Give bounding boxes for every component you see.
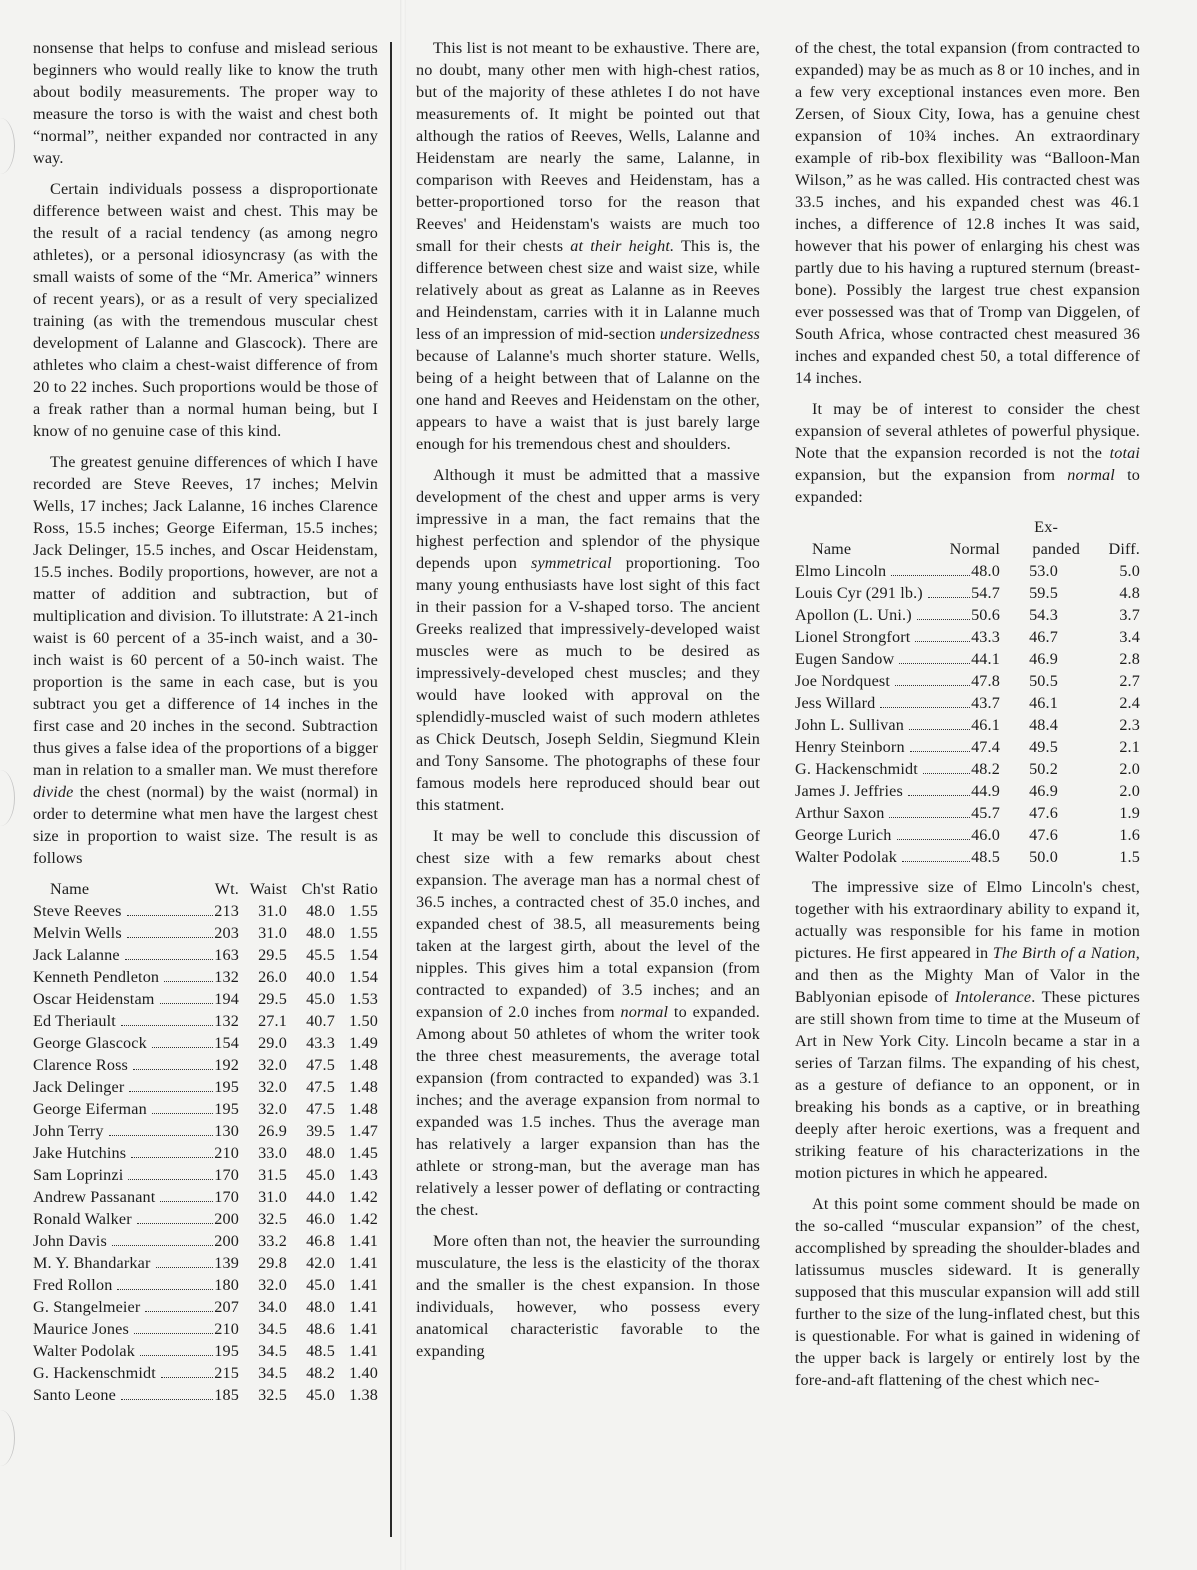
dot-leader bbox=[109, 1135, 214, 1136]
waist-value: 33.0 bbox=[239, 1142, 287, 1164]
chest-value: 45.0 bbox=[287, 1384, 335, 1406]
waist-value: 29.0 bbox=[239, 1032, 287, 1054]
athlete-name-cell: George Lurich46.0 bbox=[795, 824, 1000, 846]
chest-value: 47.5 bbox=[287, 1054, 335, 1076]
chest-value: 48.0 bbox=[287, 1142, 335, 1164]
weight-value: 194 bbox=[214, 988, 239, 1010]
waist-value: 33.2 bbox=[239, 1230, 287, 1252]
ratio-value: 1.41 bbox=[335, 1274, 378, 1296]
ratio-value: 1.50 bbox=[335, 1010, 378, 1032]
waist-value: 29.8 bbox=[239, 1252, 287, 1274]
athlete-name-cell: Sam Loprinzi170 bbox=[33, 1164, 239, 1186]
ratio-value: 1.48 bbox=[335, 1076, 378, 1098]
athlete-name-cell: G. Stangelmeier207 bbox=[33, 1296, 239, 1318]
table-row: Jack Lalanne16329.545.51.54 bbox=[33, 944, 378, 966]
paragraph: nonsense that helps to confuse and misle… bbox=[33, 37, 378, 169]
athlete-name-cell: Jack Lalanne163 bbox=[33, 944, 239, 966]
expanded-chest-value: 49.5 bbox=[1000, 736, 1080, 758]
table-row: Arthur Saxon45.747.61.9 bbox=[795, 802, 1140, 824]
athlete-name-cell: Arthur Saxon45.7 bbox=[795, 802, 1000, 824]
difference-value: 2.0 bbox=[1080, 780, 1140, 802]
normal-chest-value: 44.1 bbox=[971, 648, 1000, 670]
table-row: Sam Loprinzi17031.545.01.43 bbox=[33, 1164, 378, 1186]
paragraph: of the chest, the total expansion (from … bbox=[795, 37, 1140, 389]
difference-value: 1.6 bbox=[1080, 824, 1140, 846]
expanded-chest-value: 47.6 bbox=[1000, 824, 1080, 846]
chest-value: 39.5 bbox=[287, 1120, 335, 1142]
table-row: James J. Jeffries44.946.92.0 bbox=[795, 780, 1140, 802]
ratio-value: 1.45 bbox=[335, 1142, 378, 1164]
table-row: Henry Steinborn47.449.52.1 bbox=[795, 736, 1140, 758]
normal-chest-value: 50.6 bbox=[971, 604, 1000, 626]
dot-leader bbox=[128, 1179, 213, 1180]
waist-value: 34.5 bbox=[239, 1340, 287, 1362]
table-row: John Terry13026.939.51.47 bbox=[33, 1120, 378, 1142]
column-header: Name Normal bbox=[795, 538, 1000, 560]
dot-leader bbox=[917, 619, 970, 620]
table-row: Louis Cyr (291 lb.)54.759.54.8 bbox=[795, 582, 1140, 604]
table-row: Jack Delinger19532.047.51.48 bbox=[33, 1076, 378, 1098]
dot-leader bbox=[140, 1355, 213, 1356]
athlete-name-cell: James J. Jeffries44.9 bbox=[795, 780, 1000, 802]
ratio-value: 1.49 bbox=[335, 1032, 378, 1054]
punch-hole-mark bbox=[0, 770, 15, 826]
chest-value: 42.0 bbox=[287, 1252, 335, 1274]
athlete-name-cell: Apollon (L. Uni.)50.6 bbox=[795, 604, 1000, 626]
table-row: G. Stangelmeier20734.048.01.41 bbox=[33, 1296, 378, 1318]
chest-waist-ratio-table: Name Wt. Waist Ch'st Ratio Steve Reeves2… bbox=[33, 878, 378, 1406]
athlete-name-cell: Kenneth Pendleton132 bbox=[33, 966, 239, 988]
dot-leader bbox=[121, 1399, 213, 1400]
column-header: Name Wt. bbox=[33, 878, 239, 900]
waist-value: 31.0 bbox=[239, 900, 287, 922]
column-header: Ratio bbox=[335, 878, 378, 900]
weight-value: 154 bbox=[214, 1032, 239, 1054]
chest-value: 48.0 bbox=[287, 1296, 335, 1318]
weight-value: 132 bbox=[214, 966, 239, 988]
weight-value: 210 bbox=[214, 1142, 239, 1164]
chest-value: 47.5 bbox=[287, 1098, 335, 1120]
waist-value: 31.0 bbox=[239, 922, 287, 944]
ratio-value: 1.41 bbox=[335, 1230, 378, 1252]
table-row: Ed Theriault13227.140.71.50 bbox=[33, 1010, 378, 1032]
weight-value: 213 bbox=[214, 900, 239, 922]
normal-chest-value: 48.0 bbox=[971, 560, 1000, 582]
difference-value: 1.9 bbox=[1080, 802, 1140, 824]
table-row: Ronald Walker20032.546.01.42 bbox=[33, 1208, 378, 1230]
ratio-value: 1.42 bbox=[335, 1208, 378, 1230]
column-header: Ch'st bbox=[287, 878, 335, 900]
paragraph: Certain individuals possess a disproport… bbox=[33, 178, 378, 442]
weight-value: 210 bbox=[214, 1318, 239, 1340]
dot-leader bbox=[908, 795, 970, 796]
waist-value: 32.0 bbox=[239, 1076, 287, 1098]
difference-value: 2.8 bbox=[1080, 648, 1140, 670]
chest-value: 43.3 bbox=[287, 1032, 335, 1054]
expanded-chest-value: 46.7 bbox=[1000, 626, 1080, 648]
chest-value: 47.5 bbox=[287, 1076, 335, 1098]
athlete-name-cell: Elmo Lincoln48.0 bbox=[795, 560, 1000, 582]
athlete-name-cell: M. Y. Bhandarkar139 bbox=[33, 1252, 239, 1274]
table-row: Apollon (L. Uni.)50.654.33.7 bbox=[795, 604, 1140, 626]
athlete-name-cell: G. Hackenschmidt215 bbox=[33, 1362, 239, 1384]
normal-chest-value: 47.8 bbox=[971, 670, 1000, 692]
table-row: Maurice Jones21034.548.61.41 bbox=[33, 1318, 378, 1340]
ratio-value: 1.54 bbox=[335, 966, 378, 988]
dot-leader bbox=[928, 597, 970, 598]
dot-leader bbox=[134, 1333, 213, 1334]
paragraph: It may be of interest to consider the ch… bbox=[795, 398, 1140, 508]
chest-value: 44.0 bbox=[287, 1186, 335, 1208]
waist-value: 26.9 bbox=[239, 1120, 287, 1142]
ratio-value: 1.42 bbox=[335, 1186, 378, 1208]
ratio-value: 1.53 bbox=[335, 988, 378, 1010]
athlete-name-cell: Steve Reeves213 bbox=[33, 900, 239, 922]
table-row: Andrew Passanant17031.044.01.42 bbox=[33, 1186, 378, 1208]
paragraph: This list is not meant to be exhaustive.… bbox=[416, 37, 760, 455]
table-row: George Lurich46.047.61.6 bbox=[795, 824, 1140, 846]
chest-value: 46.0 bbox=[287, 1208, 335, 1230]
waist-value: 34.0 bbox=[239, 1296, 287, 1318]
left-column: nonsense that helps to confuse and misle… bbox=[33, 37, 378, 1406]
table-row: John Davis20033.246.81.41 bbox=[33, 1230, 378, 1252]
dot-leader bbox=[895, 685, 970, 686]
waist-value: 32.5 bbox=[239, 1384, 287, 1406]
page-fold bbox=[400, 0, 406, 1570]
athlete-name-cell: Louis Cyr (291 lb.)54.7 bbox=[795, 582, 1000, 604]
waist-value: 34.5 bbox=[239, 1318, 287, 1340]
normal-chest-value: 46.0 bbox=[971, 824, 1000, 846]
athlete-name-cell: Jack Delinger195 bbox=[33, 1076, 239, 1098]
middle-column: This list is not meant to be exhaustive.… bbox=[416, 37, 760, 1371]
dot-leader bbox=[112, 1245, 213, 1246]
table-row: Oscar Heidenstam19429.545.01.53 bbox=[33, 988, 378, 1010]
dot-leader bbox=[127, 915, 214, 916]
dot-leader bbox=[161, 1377, 213, 1378]
expanded-chest-value: 46.9 bbox=[1000, 648, 1080, 670]
difference-value: 5.0 bbox=[1080, 560, 1140, 582]
waist-value: 31.5 bbox=[239, 1164, 287, 1186]
dot-leader bbox=[889, 817, 970, 818]
chest-value: 46.8 bbox=[287, 1230, 335, 1252]
table-row: Elmo Lincoln48.053.05.0 bbox=[795, 560, 1140, 582]
table-row: Clarence Ross19232.047.51.48 bbox=[33, 1054, 378, 1076]
table-row: Jess Willard43.746.12.4 bbox=[795, 692, 1140, 714]
chest-value: 48.0 bbox=[287, 900, 335, 922]
normal-chest-value: 43.3 bbox=[971, 626, 1000, 648]
chest-value: 48.5 bbox=[287, 1340, 335, 1362]
dot-leader bbox=[125, 959, 214, 960]
ratio-value: 1.41 bbox=[335, 1252, 378, 1274]
ratio-value: 1.55 bbox=[335, 922, 378, 944]
chest-value: 48.0 bbox=[287, 922, 335, 944]
athlete-name-cell: Walter Podolak195 bbox=[33, 1340, 239, 1362]
table-header-row: Ex- bbox=[795, 516, 1140, 538]
athlete-name-cell: Jess Willard43.7 bbox=[795, 692, 1000, 714]
table-row: Walter Podolak19534.548.51.41 bbox=[33, 1340, 378, 1362]
athlete-name-cell: Fred Rollon180 bbox=[33, 1274, 239, 1296]
weight-value: 139 bbox=[214, 1252, 239, 1274]
expanded-chest-value: 59.5 bbox=[1000, 582, 1080, 604]
table-row: G. Hackenschmidt21534.548.21.40 bbox=[33, 1362, 378, 1384]
weight-value: 163 bbox=[214, 944, 239, 966]
waist-value: 31.0 bbox=[239, 1186, 287, 1208]
weight-value: 215 bbox=[214, 1362, 239, 1384]
difference-value: 2.7 bbox=[1080, 670, 1140, 692]
table-row: John L. Sullivan46.148.42.3 bbox=[795, 714, 1140, 736]
weight-value: 130 bbox=[214, 1120, 239, 1142]
waist-value: 29.5 bbox=[239, 988, 287, 1010]
athlete-name-cell: Walter Podolak48.5 bbox=[795, 846, 1000, 868]
table-row: Melvin Wells20331.048.01.55 bbox=[33, 922, 378, 944]
difference-value: 2.0 bbox=[1080, 758, 1140, 780]
chest-value: 45.0 bbox=[287, 1274, 335, 1296]
ratio-value: 1.40 bbox=[335, 1362, 378, 1384]
difference-value: 2.1 bbox=[1080, 736, 1140, 758]
weight-value: 195 bbox=[214, 1098, 239, 1120]
table-row: Joe Nordquest47.850.52.7 bbox=[795, 670, 1140, 692]
difference-value: 2.3 bbox=[1080, 714, 1140, 736]
chest-value: 48.6 bbox=[287, 1318, 335, 1340]
dot-leader bbox=[117, 1289, 213, 1290]
difference-value: 2.4 bbox=[1080, 692, 1140, 714]
weight-value: 180 bbox=[214, 1274, 239, 1296]
normal-chest-value: 48.2 bbox=[971, 758, 1000, 780]
dot-leader bbox=[160, 1003, 214, 1004]
dot-leader bbox=[137, 1223, 213, 1224]
column-header: Diff. bbox=[1080, 538, 1140, 560]
waist-value: 26.0 bbox=[239, 966, 287, 988]
table-row: Kenneth Pendleton13226.040.01.54 bbox=[33, 966, 378, 988]
dot-leader bbox=[129, 1091, 213, 1092]
table-header-row: Name Wt. Waist Ch'st Ratio bbox=[33, 878, 378, 900]
weight-value: 195 bbox=[214, 1076, 239, 1098]
dot-leader bbox=[923, 773, 970, 774]
expanded-chest-value: 50.2 bbox=[1000, 758, 1080, 780]
weight-value: 195 bbox=[214, 1340, 239, 1362]
expanded-chest-value: 50.0 bbox=[1000, 846, 1080, 868]
ratio-value: 1.41 bbox=[335, 1340, 378, 1362]
ratio-value: 1.41 bbox=[335, 1318, 378, 1340]
chest-value: 40.7 bbox=[287, 1010, 335, 1032]
column-header: Waist bbox=[239, 878, 287, 900]
athlete-name-cell: Joe Nordquest47.8 bbox=[795, 670, 1000, 692]
normal-chest-value: 48.5 bbox=[971, 846, 1000, 868]
normal-chest-value: 54.7 bbox=[971, 582, 1000, 604]
expanded-chest-value: 54.3 bbox=[1000, 604, 1080, 626]
punch-hole-mark bbox=[0, 1410, 15, 1466]
waist-value: 32.0 bbox=[239, 1054, 287, 1076]
dot-leader bbox=[160, 1201, 213, 1202]
table-row: Fred Rollon18032.045.01.41 bbox=[33, 1274, 378, 1296]
athlete-name-cell: Maurice Jones210 bbox=[33, 1318, 239, 1340]
expanded-chest-value: 53.0 bbox=[1000, 560, 1080, 582]
table-row: Jake Hutchins21033.048.01.45 bbox=[33, 1142, 378, 1164]
athlete-name-cell: John L. Sullivan46.1 bbox=[795, 714, 1000, 736]
weight-value: 185 bbox=[214, 1384, 239, 1406]
chest-value: 45.5 bbox=[287, 944, 335, 966]
table-row: Steve Reeves21331.048.01.55 bbox=[33, 900, 378, 922]
athlete-name-cell: Lionel Strongfort43.3 bbox=[795, 626, 1000, 648]
waist-value: 29.5 bbox=[239, 944, 287, 966]
ratio-value: 1.47 bbox=[335, 1120, 378, 1142]
waist-value: 27.1 bbox=[239, 1010, 287, 1032]
normal-chest-value: 46.1 bbox=[971, 714, 1000, 736]
difference-value: 3.7 bbox=[1080, 604, 1140, 626]
athlete-name-cell: Jake Hutchins210 bbox=[33, 1142, 239, 1164]
waist-value: 34.5 bbox=[239, 1362, 287, 1384]
chest-value: 45.0 bbox=[287, 1164, 335, 1186]
ratio-value: 1.41 bbox=[335, 1296, 378, 1318]
dot-leader bbox=[164, 981, 213, 982]
table-row: M. Y. Bhandarkar13929.842.01.41 bbox=[33, 1252, 378, 1274]
dot-leader bbox=[915, 641, 970, 642]
expanded-chest-value: 47.6 bbox=[1000, 802, 1080, 824]
ratio-value: 1.38 bbox=[335, 1384, 378, 1406]
table-row: G. Hackenschmidt48.250.22.0 bbox=[795, 758, 1140, 780]
athlete-name-cell: Andrew Passanant170 bbox=[33, 1186, 239, 1208]
chest-value: 40.0 bbox=[287, 966, 335, 988]
athlete-name-cell: Ed Theriault132 bbox=[33, 1010, 239, 1032]
athlete-name-cell: Henry Steinborn47.4 bbox=[795, 736, 1000, 758]
waist-value: 32.0 bbox=[239, 1098, 287, 1120]
weight-value: 200 bbox=[214, 1230, 239, 1252]
weight-value: 203 bbox=[214, 922, 239, 944]
ratio-value: 1.48 bbox=[335, 1098, 378, 1120]
column-header: Ex- bbox=[1000, 516, 1080, 538]
dot-leader bbox=[880, 707, 970, 708]
dot-leader bbox=[156, 1267, 214, 1268]
weight-value: 132 bbox=[214, 1010, 239, 1032]
dot-leader bbox=[897, 839, 971, 840]
dot-leader bbox=[899, 663, 970, 664]
table-row: Lionel Strongfort43.346.73.4 bbox=[795, 626, 1140, 648]
expanded-chest-value: 50.5 bbox=[1000, 670, 1080, 692]
dot-leader bbox=[902, 861, 970, 862]
weight-value: 207 bbox=[214, 1296, 239, 1318]
normal-chest-value: 43.7 bbox=[971, 692, 1000, 714]
table-row: Santo Leone18532.545.01.38 bbox=[33, 1384, 378, 1406]
athlete-name-cell: G. Hackenschmidt48.2 bbox=[795, 758, 1000, 780]
athlete-name-cell: Ronald Walker200 bbox=[33, 1208, 239, 1230]
athlete-name-cell: Melvin Wells203 bbox=[33, 922, 239, 944]
athlete-name-cell: Santo Leone185 bbox=[33, 1384, 239, 1406]
ratio-value: 1.43 bbox=[335, 1164, 378, 1186]
waist-value: 32.0 bbox=[239, 1274, 287, 1296]
column-header: panded bbox=[1000, 538, 1080, 560]
dot-leader bbox=[891, 575, 970, 576]
dot-leader bbox=[145, 1311, 213, 1312]
dot-leader bbox=[152, 1047, 213, 1048]
expanded-chest-value: 46.1 bbox=[1000, 692, 1080, 714]
table-header-row: Name Normal panded Diff. bbox=[795, 538, 1140, 560]
athlete-name-cell: Clarence Ross192 bbox=[33, 1054, 239, 1076]
ratio-value: 1.55 bbox=[335, 900, 378, 922]
paragraph: At this point some comment should be mad… bbox=[795, 1193, 1140, 1391]
column-divider-rule bbox=[390, 42, 392, 1537]
paragraph: The impressive size of Elmo Lincoln's ch… bbox=[795, 876, 1140, 1184]
paragraph: It may be well to conclude this discussi… bbox=[416, 825, 760, 1221]
athlete-name-cell: George Eiferman195 bbox=[33, 1098, 239, 1120]
chest-value: 45.0 bbox=[287, 988, 335, 1010]
paragraph: More often than not, the heavier the sur… bbox=[416, 1230, 760, 1362]
normal-chest-value: 47.4 bbox=[971, 736, 1000, 758]
chest-value: 48.2 bbox=[287, 1362, 335, 1384]
weight-value: 170 bbox=[214, 1164, 239, 1186]
ratio-value: 1.54 bbox=[335, 944, 378, 966]
normal-chest-value: 44.9 bbox=[971, 780, 1000, 802]
difference-value: 4.8 bbox=[1080, 582, 1140, 604]
athlete-name-cell: John Terry130 bbox=[33, 1120, 239, 1142]
difference-value: 1.5 bbox=[1080, 846, 1140, 868]
right-column: of the chest, the total expansion (from … bbox=[795, 37, 1140, 1400]
expanded-chest-value: 46.9 bbox=[1000, 780, 1080, 802]
table-row: Walter Podolak48.550.01.5 bbox=[795, 846, 1140, 868]
paragraph: The greatest genuine differences of whic… bbox=[33, 451, 378, 869]
dot-leader bbox=[127, 937, 213, 938]
table-row: George Eiferman19532.047.51.48 bbox=[33, 1098, 378, 1120]
weight-value: 170 bbox=[214, 1186, 239, 1208]
punch-hole-mark bbox=[0, 118, 15, 174]
normal-chest-value: 45.7 bbox=[971, 802, 1000, 824]
weight-value: 192 bbox=[214, 1054, 239, 1076]
expanded-chest-value: 48.4 bbox=[1000, 714, 1080, 736]
athlete-name-cell: John Davis200 bbox=[33, 1230, 239, 1252]
athlete-name-cell: Oscar Heidenstam194 bbox=[33, 988, 239, 1010]
dot-leader bbox=[121, 1025, 213, 1026]
athlete-name-cell: Eugen Sandow44.1 bbox=[795, 648, 1000, 670]
table-row: George Glascock15429.043.31.49 bbox=[33, 1032, 378, 1054]
dot-leader bbox=[131, 1157, 213, 1158]
difference-value: 3.4 bbox=[1080, 626, 1140, 648]
dot-leader bbox=[909, 729, 970, 730]
dot-leader bbox=[910, 751, 970, 752]
ratio-value: 1.48 bbox=[335, 1054, 378, 1076]
weight-value: 200 bbox=[214, 1208, 239, 1230]
chest-expansion-table: Ex- Name Normal panded Diff. Elmo Lincol… bbox=[795, 516, 1140, 868]
dot-leader bbox=[133, 1069, 213, 1070]
waist-value: 32.5 bbox=[239, 1208, 287, 1230]
paragraph: Although it must be admitted that a mass… bbox=[416, 464, 760, 816]
athlete-name-cell: George Glascock154 bbox=[33, 1032, 239, 1054]
dot-leader bbox=[152, 1113, 213, 1114]
table-row: Eugen Sandow44.146.92.8 bbox=[795, 648, 1140, 670]
